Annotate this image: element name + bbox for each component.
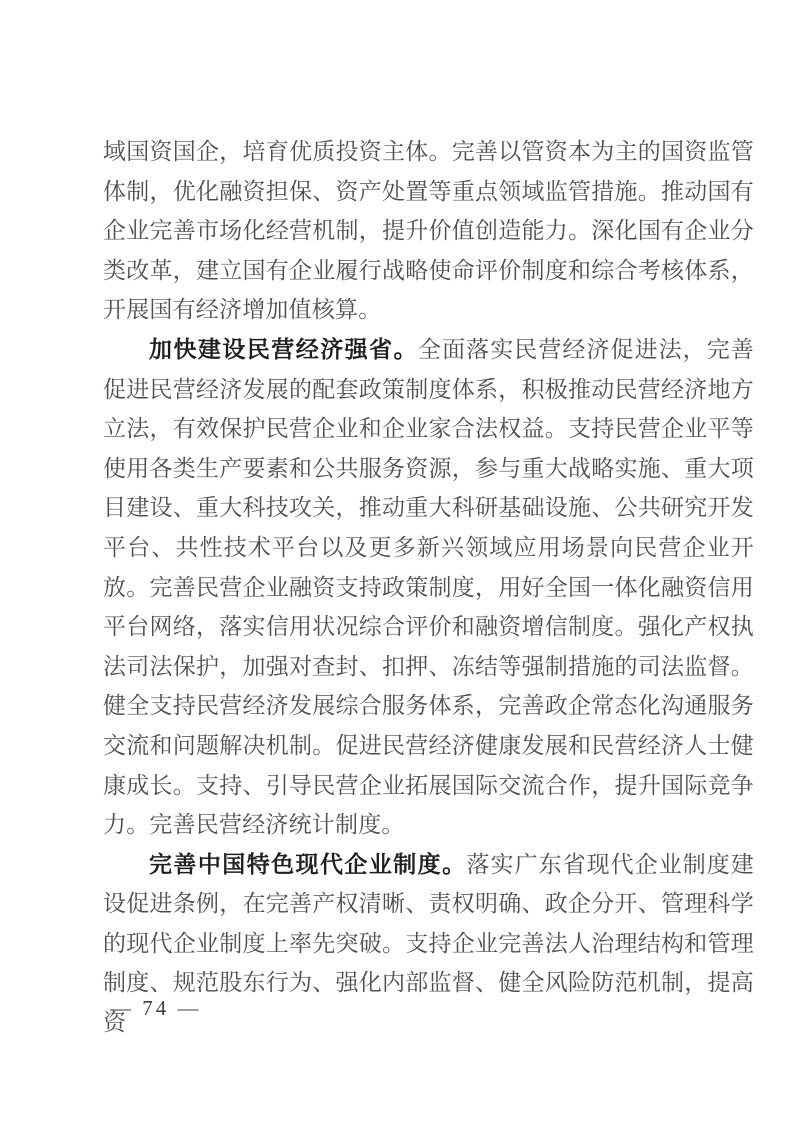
document-body: 域国资国企，培育优质投资主体。完善以管资本为主的国资监管体制，优化融资担保、资产…	[103, 132, 754, 1043]
paragraph-text: 域国资国企，培育优质投资主体。完善以管资本为主的国资监管体制，优化融资担保、资产…	[103, 139, 754, 322]
paragraph-text: 全面落实民营经济促进法，完善促进民营经济发展的配套政策制度体系，积极推动民营经济…	[103, 337, 754, 837]
page-number: — 74 —	[110, 994, 202, 1022]
paragraph-lead-bold: 完善中国特色现代企业制度。	[149, 851, 467, 877]
body-paragraph: 域国资国企，培育优质投资主体。完善以管资本为主的国资监管体制，优化融资担保、资产…	[103, 132, 754, 330]
body-paragraph: 加快建设民营经济强省。全面落实民营经济促进法，完善促进民营经济发展的配套政策制度…	[103, 330, 754, 845]
paragraph-lead-bold: 加快建设民营经济强省。	[149, 336, 418, 362]
document-page: 域国资国企，培育优质投资主体。完善以管资本为主的国资监管体制，优化融资担保、资产…	[0, 0, 794, 1123]
